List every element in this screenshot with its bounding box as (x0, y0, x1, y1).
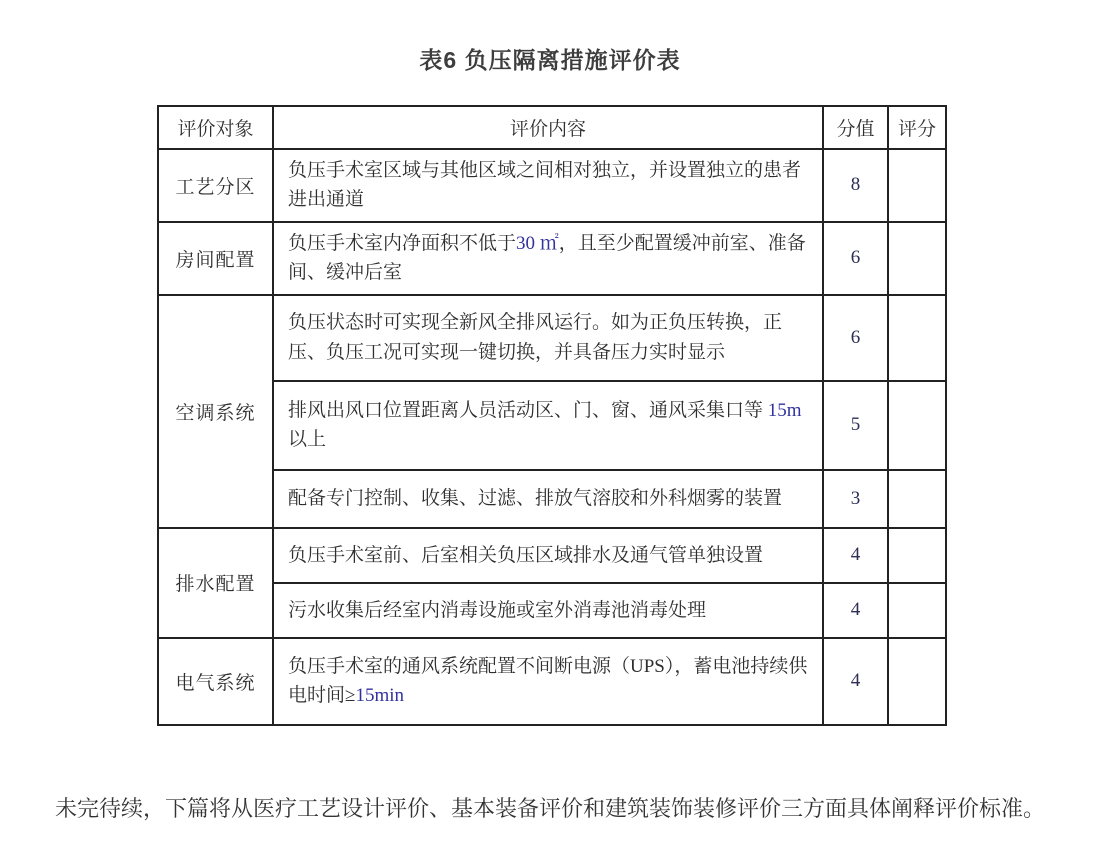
evaluation-content-cell: 污水收集后经室内消毒设施或室外消毒池消毒处理 (273, 583, 823, 638)
evaluation-content-cell: 排风出风口位置距离人员活动区、门、窗、通风采集口等 15m 以上 (273, 381, 823, 470)
column-header-score: 评分 (888, 106, 946, 149)
content-text: 负压手术室区域与其他区域之间相对独立，并设置独立的患者进出通道 (288, 160, 801, 210)
table-row: 电气系统负压手术室的通风系统配置不间断电源（UPS），蓄电池持续供电时间≥15m… (158, 638, 946, 725)
content-accent-number: 15min (355, 685, 404, 706)
content-accent-number: 15m (768, 400, 802, 421)
evaluation-content-cell: 负压手术室的通风系统配置不间断电源（UPS），蓄电池持续供电时间≥15min (273, 638, 823, 725)
content-text: 污水收集后经室内消毒设施或室外消毒池消毒处理 (288, 600, 706, 621)
score-empty-cell (888, 470, 946, 528)
content-text: 负压状态时可实现全新风全排风运行。如为正负压转换，正压、负压工况可实现一键切换，… (288, 312, 782, 362)
table-body: 工艺分区负压手术室区域与其他区域之间相对独立，并设置独立的患者进出通道8房间配置… (158, 149, 946, 725)
table-row: 污水收集后经室内消毒设施或室外消毒池消毒处理4 (158, 583, 946, 638)
table-row: 配备专门控制、收集、过滤、排放气溶胶和外科烟雾的装置3 (158, 470, 946, 528)
score-empty-cell (888, 381, 946, 470)
content-accent-number: 30 ㎡ (516, 233, 559, 254)
evaluation-object-cell: 工艺分区 (158, 149, 273, 222)
score-value-cell: 4 (823, 638, 888, 725)
score-value-cell: 8 (823, 149, 888, 222)
content-text: 配备专门控制、收集、过滤、排放气溶胶和外科烟雾的装置 (288, 488, 782, 509)
evaluation-content-cell: 负压手术室前、后室相关负压区域排水及通气管单独设置 (273, 528, 823, 583)
table-row: 工艺分区负压手术室区域与其他区域之间相对独立，并设置独立的患者进出通道8 (158, 149, 946, 222)
content-text: 负压手术室前、后室相关负压区域排水及通气管单独设置 (288, 545, 763, 566)
document-page: 表6 负压隔离措施评价表 评价对象 评价内容 分值 评分 工艺分区负压手术室区域… (0, 0, 1100, 827)
score-empty-cell (888, 583, 946, 638)
table-header-row: 评价对象 评价内容 分值 评分 (158, 106, 946, 149)
score-empty-cell (888, 638, 946, 725)
evaluation-object-cell: 排水配置 (158, 528, 273, 638)
column-header-object: 评价对象 (158, 106, 273, 149)
score-value-cell: 4 (823, 528, 888, 583)
evaluation-content-cell: 负压手术室内净面积不低于30 ㎡，且至少配置缓冲前室、准备间、缓冲后室 (273, 222, 823, 295)
content-text: 以上 (288, 429, 326, 450)
column-header-score-value: 分值 (823, 106, 888, 149)
score-empty-cell (888, 222, 946, 295)
evaluation-table: 评价对象 评价内容 分值 评分 工艺分区负压手术室区域与其他区域之间相对独立，并… (157, 105, 947, 726)
content-text: 排风出风口位置距离人员活动区、门、窗、通风采集口等 (288, 400, 768, 421)
table-row: 排水配置负压手术室前、后室相关负压区域排水及通气管单独设置4 (158, 528, 946, 583)
content-text: 负压手术室内净面积不低于 (288, 233, 516, 254)
evaluation-content-cell: 配备专门控制、收集、过滤、排放气溶胶和外科烟雾的装置 (273, 470, 823, 528)
score-value-cell: 6 (823, 295, 888, 381)
evaluation-object-cell: 房间配置 (158, 222, 273, 295)
score-empty-cell (888, 149, 946, 222)
evaluation-content-cell: 负压手术室区域与其他区域之间相对独立，并设置独立的患者进出通道 (273, 149, 823, 222)
page-title: 表6 负压隔离措施评价表 (0, 0, 1100, 75)
score-empty-cell (888, 528, 946, 583)
score-value-cell: 6 (823, 222, 888, 295)
table-row: 空调系统负压状态时可实现全新风全排风运行。如为正负压转换，正压、负压工况可实现一… (158, 295, 946, 381)
evaluation-object-cell: 电气系统 (158, 638, 273, 725)
table-row: 房间配置负压手术室内净面积不低于30 ㎡，且至少配置缓冲前室、准备间、缓冲后室6 (158, 222, 946, 295)
table-row: 排风出风口位置距离人员活动区、门、窗、通风采集口等 15m 以上5 (158, 381, 946, 470)
score-value-cell: 4 (823, 583, 888, 638)
evaluation-content-cell: 负压状态时可实现全新风全排风运行。如为正负压转换，正压、负压工况可实现一键切换，… (273, 295, 823, 381)
score-value-cell: 5 (823, 381, 888, 470)
score-value-cell: 3 (823, 470, 888, 528)
evaluation-object-cell: 空调系统 (158, 295, 273, 528)
score-empty-cell (888, 295, 946, 381)
footer-note: 未完待续，下篇将从医疗工艺设计评价、基本装备评价和建筑装饰装修评价三方面具体阐释… (55, 790, 1055, 827)
column-header-content: 评价内容 (273, 106, 823, 149)
